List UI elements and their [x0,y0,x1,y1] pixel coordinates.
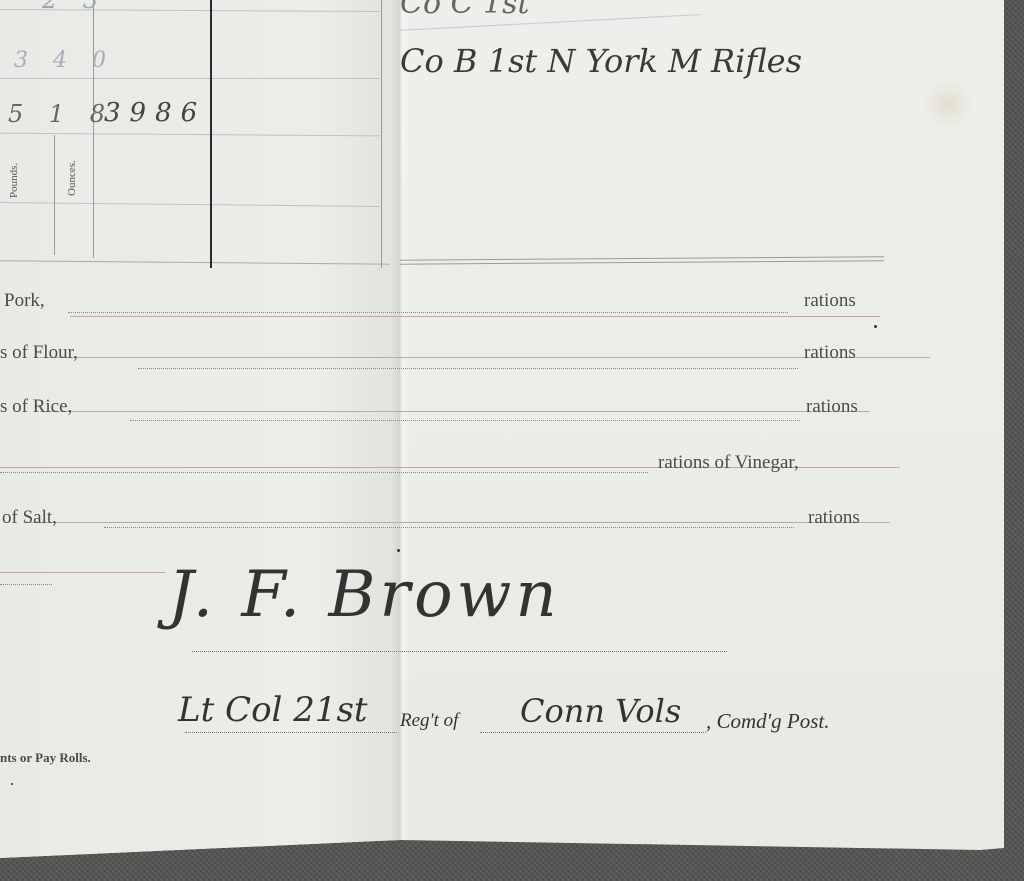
table-cell-value: 2 3 [42,0,107,14]
title-suffix: , Comd'g Post. [706,709,830,734]
dotted-fill-line [130,420,800,421]
table-divider-bold [210,0,212,268]
ration-row-flour: s of Flour, rations [0,342,900,372]
table-rule [0,260,390,264]
ink-speck [397,549,400,552]
pink-rule [40,411,870,412]
ink-speck [874,325,877,328]
section-divider [400,256,884,264]
column-header-ounces: Ounces. [66,160,78,196]
pink-rule [30,522,890,523]
ration-unit-label: rations [808,507,860,529]
dotted-fill-line [68,312,788,313]
ration-row-pork: Pork, rations [0,290,900,320]
table-divider [381,0,382,268]
ration-unit-label: rations of Vinegar, [658,452,799,474]
signature: J. F. Brown [168,558,561,632]
pink-rule [0,572,165,573]
ration-label: s of Rice, [0,396,72,418]
table-divider [93,0,94,258]
signature-line [192,651,727,652]
document-sheet: 2 3 3 4 0 5 1 8 3986 Pounds. Ounces. Co … [0,0,1004,858]
ration-label: s of Flour, [0,342,78,364]
footnote-text: nts or Pay Rolls. [0,750,91,766]
handwritten-note-line-2: Co B 1st N York M Rifles [400,42,802,80]
paper-stain [922,78,974,130]
pink-rule [70,316,880,317]
ration-row-rice: s of Rice, rations [0,396,900,426]
dotted-fill-line [0,472,648,473]
pink-rule [40,357,930,358]
rank-field: Lt Col 21st [178,690,368,730]
ration-unit-label: rations [804,342,856,364]
table-rule [0,133,380,137]
table-cell-value: 5 1 8 [8,100,114,128]
regiment-field: Conn Vols [520,692,681,730]
ration-label: of Salt, [2,507,57,529]
ink-speck [11,783,13,785]
ration-unit-label: rations [804,290,856,312]
regiment-line [480,732,706,733]
dotted-fill-line [104,527,794,528]
rank-line [185,732,397,733]
table-cell-value: 3986 [104,98,206,128]
ration-table: 2 3 3 4 0 5 1 8 3986 Pounds. Ounces. [0,0,390,270]
ration-unit-label: rations [806,396,858,418]
ration-row-vinegar: rations of Vinegar, [0,452,900,482]
table-divider [54,135,55,255]
ration-row-salt: of Salt, rations [0,507,900,537]
table-cell-value: 3 4 0 [14,48,115,73]
column-header-pounds: Pounds. [8,163,20,198]
table-rule [0,78,380,79]
handwritten-note-line-1: Co C 1st [400,0,530,21]
table-rule [0,202,380,207]
regiment-label: Reg't of [400,710,458,732]
dotted-fill-line [138,368,798,369]
ration-label: Pork, [4,290,45,312]
dotted-fill-line [0,584,52,585]
